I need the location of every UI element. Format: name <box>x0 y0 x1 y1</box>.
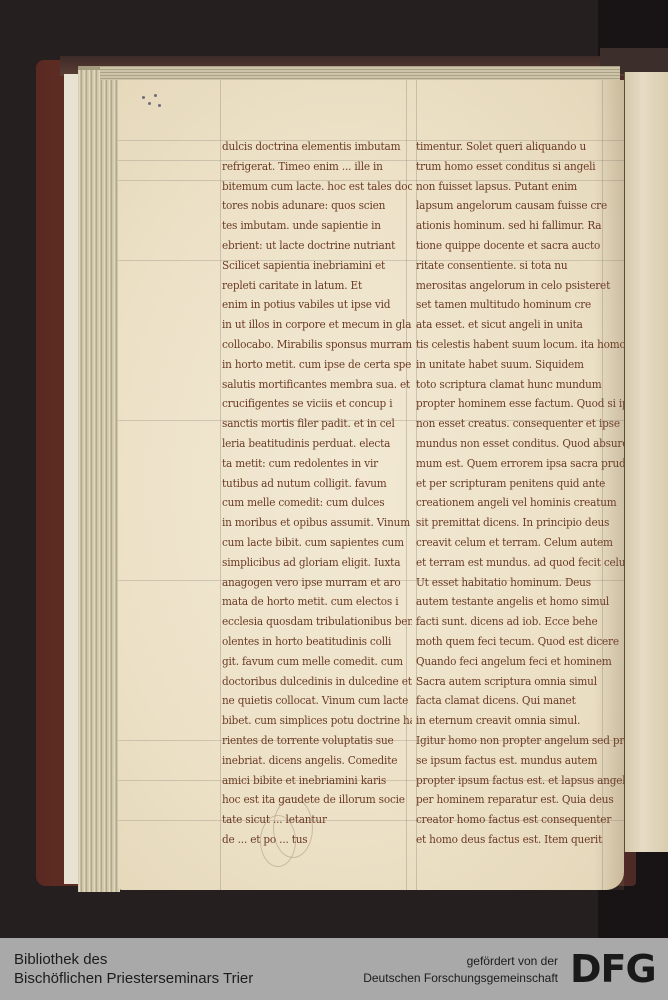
library-line-1: Bibliothek des <box>14 950 253 969</box>
text-line: Scilicet sapientia inebriamini et <box>222 256 412 277</box>
text-line: tores nobis adunare: quos scien <box>222 197 412 218</box>
text-line: salutis mortificantes membra sua. et <box>222 375 412 396</box>
page-edges-top <box>100 66 620 80</box>
text-line: ta metit: cum redolentes in vir <box>222 454 412 475</box>
text-line: enim in potius vabiles ut ipse vid <box>222 296 412 317</box>
text-line: bibet. cum simplices potu doctrine han <box>222 712 412 733</box>
text-line: tate sicut ... letantur <box>222 811 412 832</box>
text-line: refrigerat. Timeo enim ... ille in <box>222 157 412 178</box>
funding-line-1: gefördert von der <box>363 953 558 970</box>
text-line: amici bibite et inebriamini karis <box>222 771 412 792</box>
text-line: tes imbutam. unde sapientie in <box>222 217 412 238</box>
text-line: git. favum cum melle comedit. cum <box>222 652 412 673</box>
footer-bar: Bibliothek des Bischöflichen Priestersem… <box>0 938 668 1000</box>
library-credit: Bibliothek des Bischöflichen Priestersem… <box>14 950 253 988</box>
text-line: collocabo. Mirabilis sponsus murram <box>222 335 412 356</box>
text-line: in moribus et opibus assumit. Vinum <box>222 514 412 535</box>
page-edges-stack <box>78 66 120 892</box>
text-line: ne quietis collocat. Vinum cum lacte <box>222 692 412 713</box>
manuscript-scan: dulcis doctrina elementis imbutam refrig… <box>0 0 668 938</box>
dfg-logo: DFG <box>570 952 656 986</box>
text-line: olentes in horto beatitudinis colli <box>222 632 412 653</box>
gutter-shadow <box>594 80 624 890</box>
text-line: simplicibus ad gloriam eligit. Iuxta <box>222 553 412 574</box>
text-column-left: dulcis doctrina elementis imbutam refrig… <box>222 138 412 851</box>
text-line: rientes de torrente voluptatis sue <box>222 731 412 752</box>
text-line: anagogen vero ipse murram et aro <box>222 573 412 594</box>
text-line: leria beatitudinis perduat. electa <box>222 434 412 455</box>
text-line: hoc est ita gaudete de illorum socie <box>222 791 412 812</box>
text-line: dulcis doctrina elementis imbutam <box>222 138 412 158</box>
library-line-2: Bischöflichen Priesterseminars Trier <box>14 969 253 988</box>
text-line: ecclesia quosdam tribulationibus bene <box>222 613 412 634</box>
text-line: de ... et po ... tus <box>222 830 412 850</box>
text-line: doctoribus dulcedinis in dulcedine et <box>222 672 412 693</box>
ruling-line <box>220 80 221 890</box>
text-line: cum melle comedit: cum dulces <box>222 494 412 515</box>
funding-line-2: Deutschen Forschungsgemeinschaft <box>363 970 558 987</box>
funding-credit: gefördert von der Deutschen Forschungsge… <box>363 953 558 987</box>
text-line: inebriat. dicens angelis. Comedite <box>222 751 412 772</box>
text-line: repleti caritate in latum. Et <box>222 276 412 297</box>
text-line: crucifigentes se viciis et concup i <box>222 395 412 416</box>
text-line: ebrient: ut lacte doctrine nutriant <box>222 236 412 257</box>
text-line: in ut illos in corpore et mecum in gla <box>222 316 412 337</box>
text-line: sanctis mortis filer padit. et in cel <box>222 415 412 436</box>
text-line: bitemum cum lacte. hoc est tales doc <box>222 177 412 198</box>
text-line: tutibus ad nutum colligit. favum <box>222 474 412 495</box>
ink-spots <box>140 92 164 110</box>
recto-page-edge <box>624 72 668 852</box>
verso-page: dulcis doctrina elementis imbutam refrig… <box>118 80 624 890</box>
text-line: cum lacte bibit. cum sapientes cum <box>222 533 412 554</box>
text-line: in horto metit. cum ipse de certa spe <box>222 355 412 376</box>
text-line: mata de horto metit. cum electos i <box>222 593 412 614</box>
